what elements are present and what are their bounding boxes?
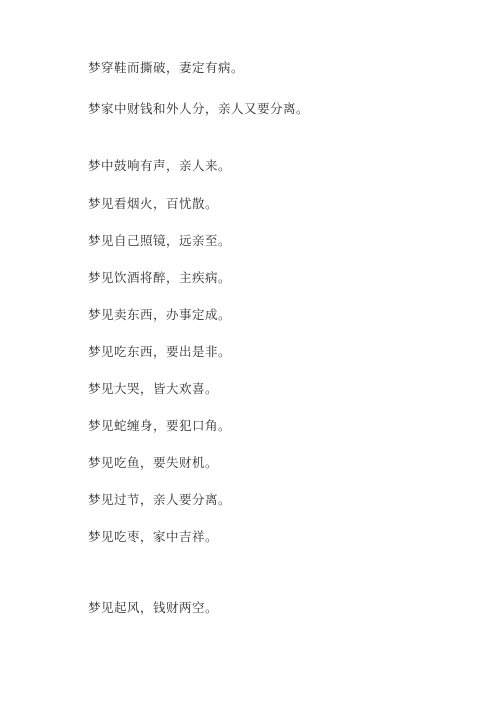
dream-interpretation-line: 梦见吃枣，家中吉祥。 <box>88 529 218 545</box>
document-page: 梦穿鞋而撕破，妻定有病。 梦家中财钱和外人分，亲人又要分离。 梦中鼓响有声，亲人… <box>0 0 500 708</box>
dream-interpretation-line: 梦见自己照镜，远亲至。 <box>88 233 231 249</box>
dream-interpretation-line: 梦见过节，亲人要分离。 <box>88 492 231 508</box>
dream-interpretation-line: 梦见卖东西，办事定成。 <box>88 307 231 323</box>
dream-interpretation-line: 梦中鼓响有声，亲人来。 <box>88 158 231 174</box>
dream-interpretation-line: 梦见起风，钱财两空。 <box>88 600 218 616</box>
dream-interpretation-line: 梦见看烟火，百忧散。 <box>88 196 218 212</box>
dream-interpretation-line: 梦见饮酒将醉，主疾病。 <box>88 270 231 286</box>
dream-interpretation-line: 梦见大哭，皆大欢喜。 <box>88 381 218 397</box>
dream-interpretation-line: 梦穿鞋而撕破，妻定有病。 <box>88 60 244 76</box>
dream-interpretation-line: 梦家中财钱和外人分，亲人又要分离。 <box>88 101 309 117</box>
dream-interpretation-line: 梦见吃鱼，要失财机。 <box>88 455 218 471</box>
dream-interpretation-line: 梦见吃东西，要出是非。 <box>88 344 231 360</box>
dream-interpretation-line: 梦见蛇缠身，要犯口角。 <box>88 418 231 434</box>
